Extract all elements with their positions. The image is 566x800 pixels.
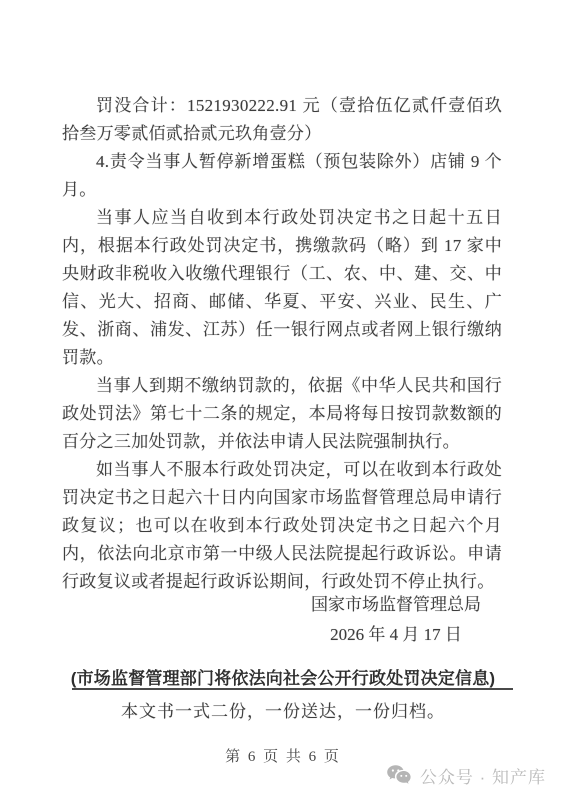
paragraph-order-item-4: 4.责令当事人暂停新增蛋糕（预包装除外）店铺 9 个月。	[62, 148, 502, 204]
watermark: 公众号 · 知产库	[386, 763, 546, 788]
paragraph-late-payment-penalty: 当事人到期不缴纳罚款的，依据《中华人民共和国行政处罚法》第七十二条的规定，本局将…	[62, 372, 502, 456]
paragraph-appeal-rights: 如当事人不服本行政处罚决定，可以在收到本行政处罚决定书之日起六十日内向国家市场监…	[62, 456, 502, 596]
issuer-name: 国家市场监督管理总局	[310, 590, 482, 620]
paragraph-penalty-total: 罚没合计：1521930222.91 元（壹拾伍亿贰仟壹佰玖拾叁万零贰佰贰拾贰元…	[62, 92, 502, 148]
signature-block: 国家市场监督管理总局 2026 年 4 月 17 日	[310, 590, 482, 650]
copies-note: 本文书一式二份，一份送达，一份归档。	[0, 697, 566, 722]
document-body: 罚没合计：1521930222.91 元（壹拾伍亿贰仟壹佰玖拾叁万零贰佰贰拾贰元…	[62, 92, 502, 596]
wechat-icon	[386, 764, 413, 787]
watermark-text: 公众号 · 知产库	[420, 763, 546, 788]
paragraph-payment-instructions: 当事人应当自收到本行政处罚决定书之日起十五日内，根据本行政处罚决定书，携缴款码（…	[62, 204, 502, 372]
issue-date: 2026 年 4 月 17 日	[310, 620, 482, 650]
disclosure-note: (市场监督管理部门将依法向社会公开行政处罚决定信息)	[0, 664, 566, 689]
divider-rule	[72, 688, 513, 690]
document-page: 罚没合计：1521930222.91 元（壹拾伍亿贰仟壹佰玖拾叁万零贰佰贰拾贰元…	[0, 0, 566, 800]
